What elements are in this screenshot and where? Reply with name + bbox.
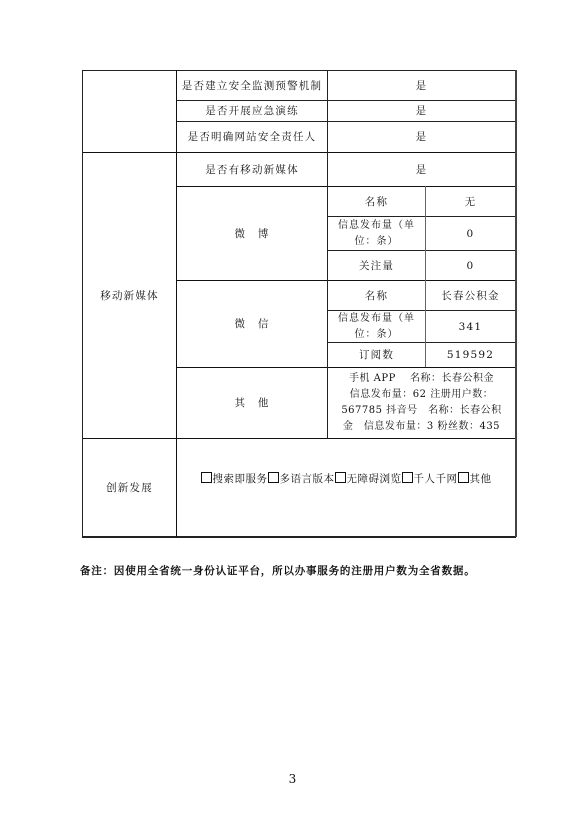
wechat-name-value: 长春公积金 bbox=[426, 281, 515, 310]
other-media-line: 金 信息发布量：3 粉丝数：435 bbox=[343, 419, 500, 435]
answer-has-mobile-media: 是 bbox=[328, 153, 515, 186]
footnote: 备注：因使用全省统一身份认证平台，所以办事服务的注册用户数为全省数据。 bbox=[80, 563, 476, 578]
option-personalized[interactable]: 千人千网 bbox=[402, 473, 458, 485]
other-media-line: 信息发布量：62 注册用户数： bbox=[350, 387, 493, 403]
question-emergency-drill: 是否开展应急演练 bbox=[177, 101, 327, 121]
checkbox-icon[interactable] bbox=[268, 472, 279, 483]
weibo-name-value: 无 bbox=[426, 187, 515, 216]
checkbox-icon[interactable] bbox=[335, 472, 346, 483]
wechat-posts-field: 信息发布量（单位：条） bbox=[334, 311, 419, 342]
weibo-name-field: 名称 bbox=[328, 187, 425, 216]
weibo-posts-field: 信息发布量（单位：条） bbox=[334, 217, 419, 250]
question-has-mobile-media: 是否有移动新媒体 bbox=[177, 153, 327, 186]
wechat-subscribers-field: 订阅数 bbox=[328, 343, 425, 367]
category-mobile-media: 移动新媒体 bbox=[83, 153, 176, 438]
option-accessibility[interactable]: 无障碍浏览 bbox=[335, 473, 402, 485]
other-media-line: 567785 抖音号 名称：长春公积 bbox=[341, 403, 501, 419]
table-border-bottom bbox=[82, 536, 516, 538]
other-media-details: 手机 APP 名称：长春公积金 信息发布量：62 注册用户数： 567785 抖… bbox=[328, 368, 515, 438]
wechat-subscribers-value: 519592 bbox=[426, 343, 515, 367]
innovation-options: 搜索即服务多语言版本无障碍浏览千人千网其他 bbox=[177, 439, 515, 519]
other-media-line: 手机 APP 名称：长春公积金 bbox=[349, 371, 494, 387]
category-innovation: 创新发展 bbox=[83, 439, 176, 536]
checkbox-icon[interactable] bbox=[458, 472, 469, 483]
wechat-label: 微 信 bbox=[177, 281, 327, 367]
page-number: 3 bbox=[0, 772, 585, 786]
answer-emergency-drill: 是 bbox=[328, 101, 515, 121]
weibo-followers-value: 0 bbox=[426, 251, 515, 280]
question-security-officer: 是否明确网站安全责任人 bbox=[177, 122, 327, 152]
checkbox-icon[interactable] bbox=[402, 472, 413, 483]
option-multilingual[interactable]: 多语言版本 bbox=[268, 473, 335, 485]
table-border-right bbox=[515, 70, 517, 537]
wechat-name-field: 名称 bbox=[328, 281, 425, 310]
wechat-posts-value: 341 bbox=[426, 311, 515, 342]
answer-monitoring-warning: 是 bbox=[328, 71, 515, 100]
weibo-posts-value: 0 bbox=[426, 217, 515, 250]
other-media-label: 其 他 bbox=[177, 368, 327, 438]
weibo-label: 微 博 bbox=[177, 187, 327, 280]
statistics-table: 是否建立安全监测预警机制 是 是否开展应急演练 是 是否明确网站安全责任人 是 … bbox=[82, 70, 516, 537]
question-monitoring-warning: 是否建立安全监测预警机制 bbox=[177, 71, 327, 100]
option-search-service[interactable]: 搜索即服务 bbox=[201, 473, 268, 485]
checkbox-icon[interactable] bbox=[201, 472, 212, 483]
option-other[interactable]: 其他 bbox=[458, 473, 492, 485]
weibo-followers-field: 关注量 bbox=[328, 251, 425, 280]
answer-security-officer: 是 bbox=[328, 122, 515, 152]
